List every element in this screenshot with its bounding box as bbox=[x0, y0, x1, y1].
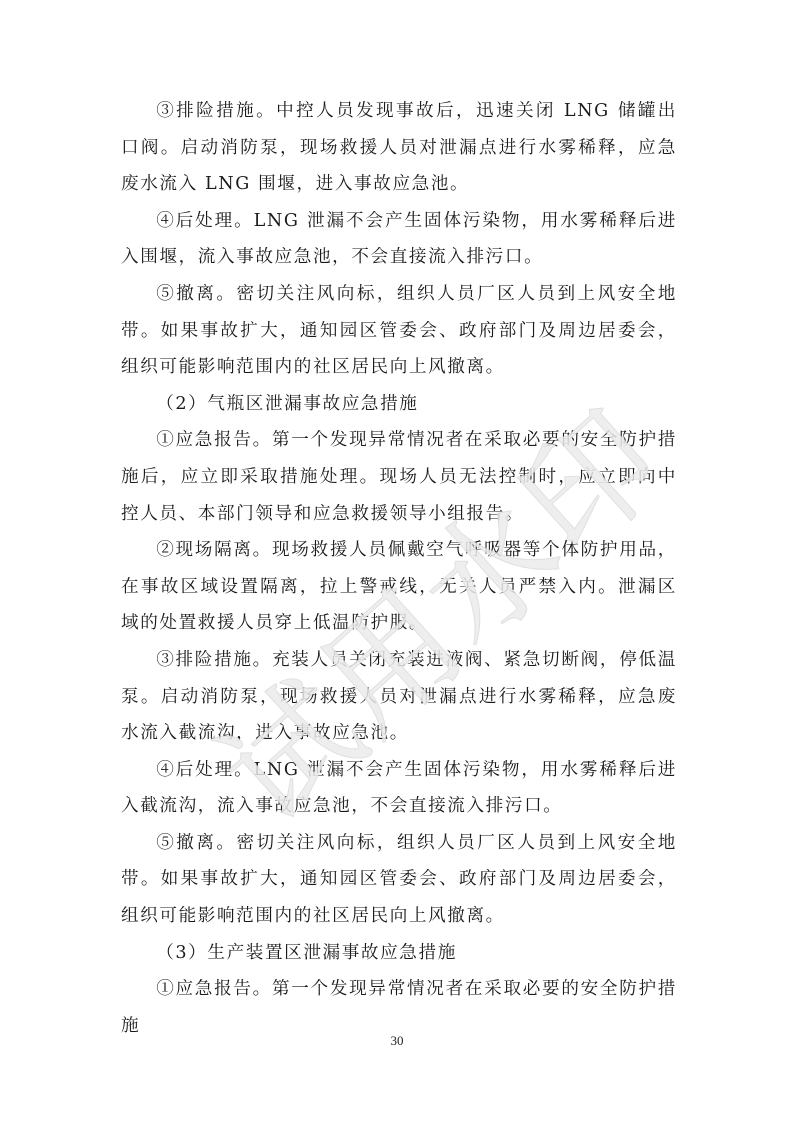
paragraph-evacuation-cylinder: ⑤撤离。密切关注风向标，组织人员厂区人员到上风安全地带。如果事故扩大，通知园区管… bbox=[121, 825, 677, 935]
section-heading-cylinder-area: （2）气瓶区泄漏事故应急措施 bbox=[121, 386, 677, 423]
page-number: 30 bbox=[0, 1033, 794, 1049]
section-heading-production-area: （3）生产装置区泄漏事故应急措施 bbox=[121, 935, 677, 972]
document-page: ③排险措施。中控人员发现事故后，迅速关闭 LNG 储罐出口阀。启动消防泵，现场救… bbox=[0, 0, 794, 1123]
paragraph-post-treatment-tank: ④后处理。LNG 泄漏不会产生固体污染物，用水雾稀释后进入围堰，流入事故应急池，… bbox=[121, 203, 677, 276]
paragraph-evacuation-tank: ⑤撤离。密切关注风向标，组织人员厂区人员到上风安全地带。如果事故扩大，通知园区管… bbox=[121, 276, 677, 386]
paragraph-site-isolation-cylinder: ②现场隔离。现场救援人员佩戴空气呼吸器等个体防护用品，在事故区域设置隔离，拉上警… bbox=[121, 532, 677, 642]
paragraph-post-treatment-cylinder: ④后处理。LNG 泄漏不会产生固体污染物，用水雾稀释后进入截流沟，流入事故应急池… bbox=[121, 752, 677, 825]
page-body: ③排险措施。中控人员发现事故后，迅速关闭 LNG 储罐出口阀。启动消防泵，现场救… bbox=[121, 93, 677, 1044]
paragraph-emergency-report-cylinder: ①应急报告。第一个发现异常情况者在采取必要的安全防护措施后，应立即采取措施处理。… bbox=[121, 422, 677, 532]
paragraph-hazard-removal-tank: ③排险措施。中控人员发现事故后，迅速关闭 LNG 储罐出口阀。启动消防泵，现场救… bbox=[121, 93, 677, 203]
paragraph-hazard-removal-cylinder: ③排险措施。充装人员关闭充装进液阀、紧急切断阀，停低温泵。启动消防泵，现场救援人… bbox=[121, 642, 677, 752]
